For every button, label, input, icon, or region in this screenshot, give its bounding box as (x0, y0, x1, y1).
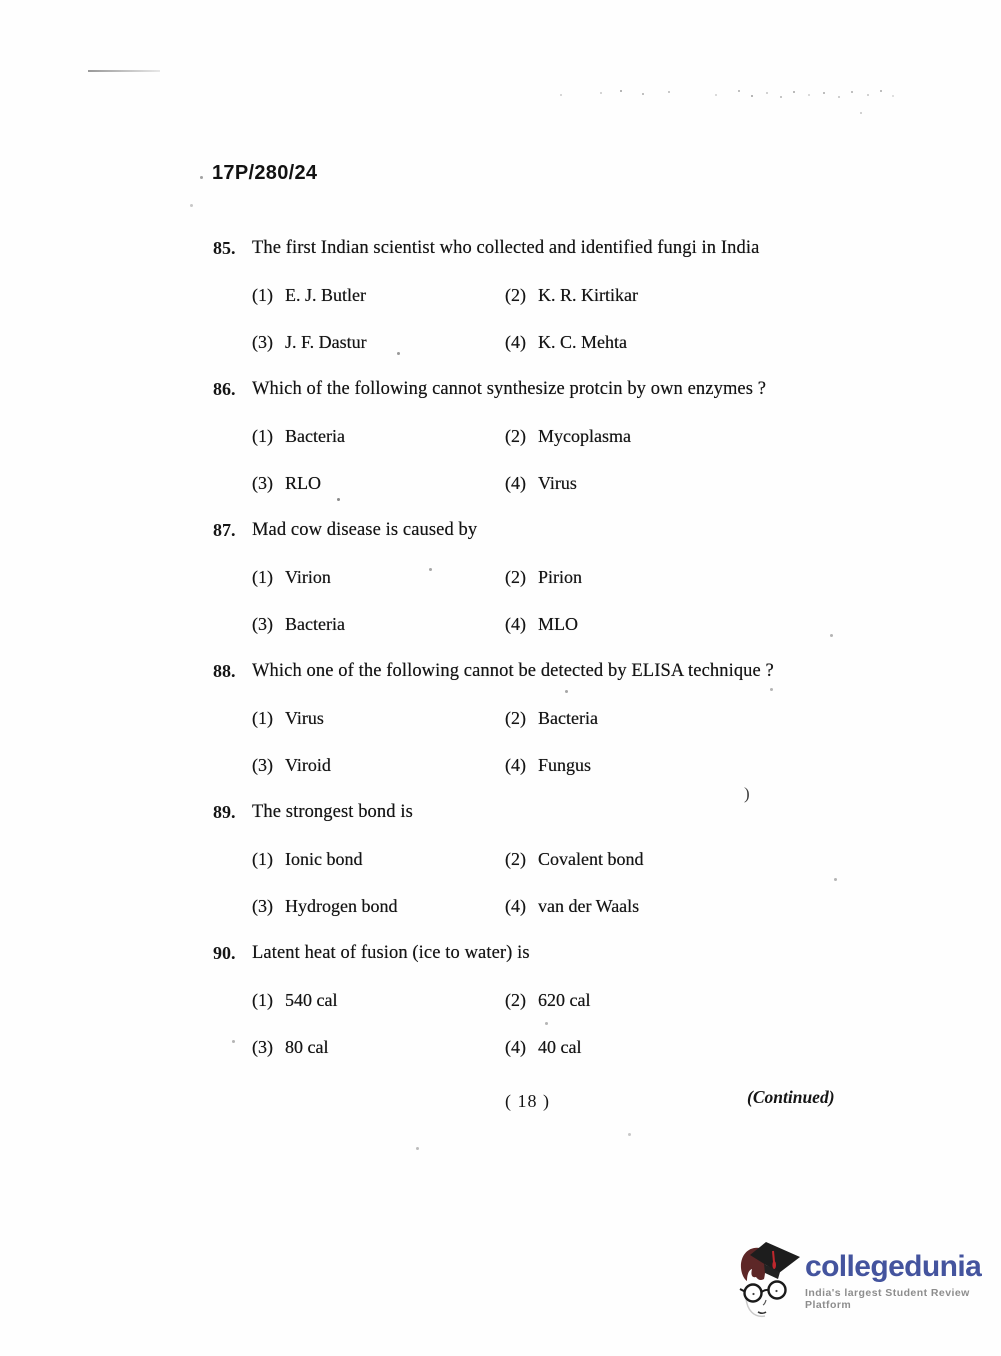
option-text: Hydrogen bond (285, 896, 397, 917)
option-3: (3) RLO (252, 473, 505, 520)
paper-code: 17P/280/24 (212, 162, 317, 185)
option-1: (1) 540 cal (252, 990, 505, 1037)
mascot-mouth (758, 1312, 766, 1313)
option-grid: (1) Virus (2) Bacteria (3) Viroid (4) Fu… (213, 708, 873, 802)
option-label: (1) (252, 990, 273, 1011)
option-label: (3) (252, 1037, 273, 1058)
option-text: E. J. Butler (285, 285, 366, 306)
option-text: Virus (285, 708, 324, 729)
option-4: (4) Virus (505, 473, 873, 520)
question-head: 87. Mad cow disease is caused by (213, 520, 873, 567)
option-1: (1) Ionic bond (252, 849, 505, 896)
scanned-exam-page: ) 17P/280/24 85. The first Indian scient… (0, 0, 1001, 1356)
option-label: (2) (505, 567, 526, 588)
option-text: K. R. Kirtikar (538, 285, 638, 306)
continued-note: (Continued) (747, 1087, 835, 1108)
option-label: (4) (505, 1037, 526, 1058)
question-number: 85. (213, 238, 252, 259)
option-text: 540 cal (285, 990, 337, 1011)
option-label: (4) (505, 614, 526, 635)
option-text: Virus (538, 473, 577, 494)
option-text: Viroid (285, 755, 331, 776)
question-head: 85. The first Indian scientist who colle… (213, 238, 873, 285)
option-2: (2) 620 cal (505, 990, 873, 1037)
option-3: (3) 80 cal (252, 1037, 505, 1084)
page-number: ( 18 ) (505, 1091, 550, 1112)
question-86: 86. Which of the following cannot synthe… (213, 379, 873, 520)
option-text: 620 cal (538, 990, 590, 1011)
option-grid: (1) Virion (2) Pirion (3) Bacteria (4) M… (213, 567, 873, 661)
mascot-tassel (773, 1251, 774, 1262)
option-label: (4) (505, 755, 526, 776)
scan-artifact-dust (200, 176, 203, 179)
mascot-glasses-left (745, 1285, 762, 1302)
option-1: (1) Bacteria (252, 426, 505, 473)
option-label: (4) (505, 473, 526, 494)
question-text: Mad cow disease is caused by (252, 520, 477, 541)
option-label: (3) (252, 755, 273, 776)
option-label: (1) (252, 285, 273, 306)
question-88: 88. Which one of the following cannot be… (213, 661, 873, 802)
option-label: (2) (505, 285, 526, 306)
question-number: 88. (213, 661, 252, 682)
option-3: (3) Bacteria (252, 614, 505, 661)
scan-artifact-line (88, 70, 160, 72)
option-1: (1) Virion (252, 567, 505, 614)
option-label: (2) (505, 849, 526, 870)
logo-tagline: India's largest Student Review Platform (805, 1287, 1001, 1311)
question-85: 85. The first Indian scientist who colle… (213, 238, 873, 379)
option-text: K. C. Mehta (538, 332, 627, 353)
option-text: Fungus (538, 755, 591, 776)
option-text: 40 cal (538, 1037, 581, 1058)
option-text: Mycoplasma (538, 426, 631, 447)
option-2: (2) Pirion (505, 567, 873, 614)
mascot-tassel-tip (772, 1261, 776, 1269)
question-90: 90. Latent heat of fusion (ice to water)… (213, 943, 873, 1084)
option-grid: (1) Ionic bond (2) Covalent bond (3) Hyd… (213, 849, 873, 943)
option-text: Covalent bond (538, 849, 644, 870)
option-label: (3) (252, 332, 273, 353)
option-label: (4) (505, 896, 526, 917)
option-3: (3) Viroid (252, 755, 505, 802)
option-label: (2) (505, 426, 526, 447)
collegedunia-logo: collegedunia .com India's largest Studen… (738, 1242, 1001, 1322)
option-text: MLO (538, 614, 578, 635)
mascot-glasses-temple (740, 1289, 745, 1292)
option-2: (2) K. R. Kirtikar (505, 285, 873, 332)
logo-text: collegedunia .com India's largest Studen… (805, 1242, 1001, 1311)
option-2: (2) Bacteria (505, 708, 873, 755)
question-87: 87. Mad cow disease is caused by (1) Vir… (213, 520, 873, 661)
question-89: 89. The strongest bond is (1) Ionic bond… (213, 802, 873, 943)
option-3: (3) Hydrogen bond (252, 896, 505, 943)
logo-brand: collegedunia (805, 1252, 1001, 1282)
option-text: Pirion (538, 567, 582, 588)
question-text: The first Indian scientist who collected… (252, 238, 759, 259)
question-text: Latent heat of fusion (ice to water) is (252, 943, 530, 964)
option-4: (4) Fungus (505, 755, 873, 802)
question-list: 85. The first Indian scientist who colle… (213, 238, 873, 1084)
question-number: 89. (213, 802, 252, 823)
option-4: (4) 40 cal (505, 1037, 873, 1084)
option-grid: (1) 540 cal (2) 620 cal (3) 80 cal (4) 4… (213, 990, 873, 1084)
mascot-nose (763, 1300, 766, 1305)
option-1: (1) E. J. Butler (252, 285, 505, 332)
option-label: (3) (252, 614, 273, 635)
option-text: Bacteria (285, 614, 345, 635)
option-label: (4) (505, 332, 526, 353)
option-text: Bacteria (538, 708, 598, 729)
scan-artifact-speckles (620, 90, 622, 92)
question-head: 90. Latent heat of fusion (ice to water)… (213, 943, 873, 990)
option-label: (1) (252, 426, 273, 447)
option-label: (1) (252, 849, 273, 870)
option-label: (1) (252, 567, 273, 588)
option-text: van der Waals (538, 896, 639, 917)
option-text: J. F. Dastur (285, 332, 367, 353)
option-text: 80 cal (285, 1037, 328, 1058)
option-grid: (1) Bacteria (2) Mycoplasma (3) RLO (4) … (213, 426, 873, 520)
question-text: Which one of the following cannot be det… (252, 661, 774, 682)
option-2: (2) Covalent bond (505, 849, 873, 896)
question-number: 86. (213, 379, 252, 400)
option-label: (1) (252, 708, 273, 729)
option-text: Bacteria (285, 426, 345, 447)
option-4: (4) K. C. Mehta (505, 332, 873, 379)
question-head: 89. The strongest bond is (213, 802, 873, 849)
option-4: (4) MLO (505, 614, 873, 661)
option-3: (3) J. F. Dastur (252, 332, 505, 379)
question-number: 87. (213, 520, 252, 541)
option-2: (2) Mycoplasma (505, 426, 873, 473)
option-text: RLO (285, 473, 321, 494)
mascot-eye-right (775, 1290, 777, 1292)
question-text: The strongest bond is (252, 802, 413, 823)
option-4: (4) van der Waals (505, 896, 873, 943)
option-text: Ionic bond (285, 849, 362, 870)
option-label: (2) (505, 990, 526, 1011)
question-head: 88. Which one of the following cannot be… (213, 661, 873, 708)
mascot-eye-left (752, 1293, 754, 1295)
option-label: (3) (252, 473, 273, 494)
mascot-glasses-right (769, 1282, 786, 1299)
question-number: 90. (213, 943, 252, 964)
option-label: (3) (252, 896, 273, 917)
collegedunia-mascot-icon (738, 1242, 802, 1322)
option-label: (2) (505, 708, 526, 729)
option-grid: (1) E. J. Butler (2) K. R. Kirtikar (3) … (213, 285, 873, 379)
option-1: (1) Virus (252, 708, 505, 755)
option-text: Virion (285, 567, 331, 588)
question-text: Which of the following cannot synthesize… (252, 379, 766, 400)
question-head: 86. Which of the following cannot synthe… (213, 379, 873, 426)
